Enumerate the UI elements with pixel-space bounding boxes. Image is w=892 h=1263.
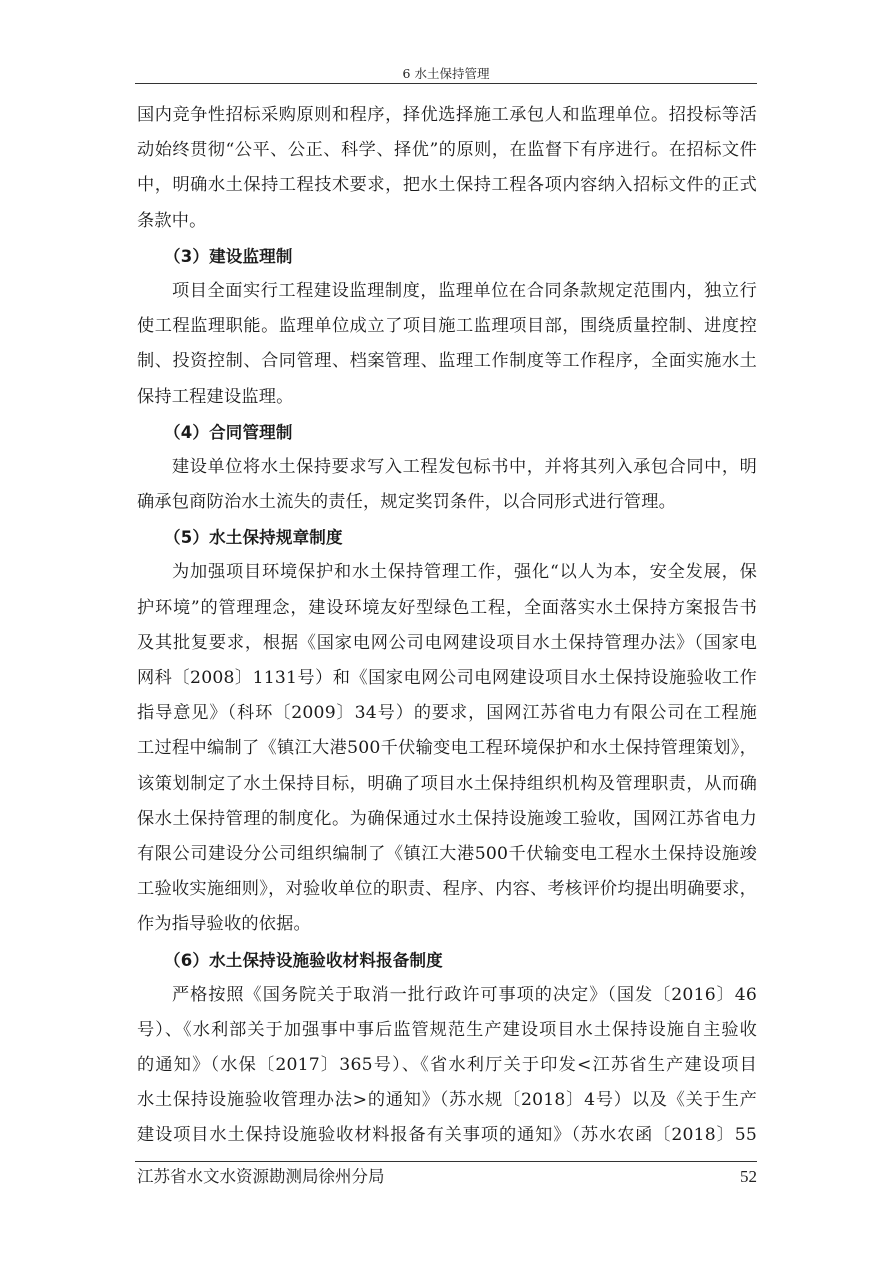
running-header: 6 水土保持管理 (135, 64, 757, 84)
paragraph-first-line: 为加强项目环境保护和水土保持管理工作，强化“以人为本，安全发展，保 (137, 555, 757, 590)
text-line: 工验收实施细则》，对验收单位的职责、程序、内容、考核评价均提出明确要求， (137, 872, 757, 907)
text-line: 工过程中编制了《镇江大港500千伏输变电工程环境保护和水土保持管理策划》， (137, 731, 757, 766)
text-line: 保水土保持管理的制度化。为确保通过水土保持设施竣工验收，国网江苏省电力 (137, 802, 757, 837)
text-line: 动始终贯彻“公平、公正、科学、择优”的原则，在监督下有序进行。在招标文件 (137, 133, 757, 168)
text-line: 的通知》（水保〔2017〕365号）、《省水利厅关于印发<江苏省生产建设项目 (137, 1048, 757, 1083)
organization-name: 江苏省水文水资源勘测局徐州分局 (137, 1162, 385, 1192)
section-heading: （5）水土保持规章制度 (137, 520, 757, 555)
text-line: 指导意见》（科环〔2009〕34号）的要求，国网江苏省电力有限公司在工程施 (137, 696, 757, 731)
text-line: 号）、《水利部关于加强事中事后监管规范生产建设项目水土保持设施自主验收 (137, 1013, 757, 1048)
text-line: 有限公司建设分公司组织编制了《镇江大港500千伏输变电工程水土保持设施竣 (137, 837, 757, 872)
section-heading: （3）建设监理制 (137, 239, 757, 274)
section-heading: （4）合同管理制 (137, 415, 757, 450)
paragraph-last-line: 保持工程建设监理。 (137, 380, 757, 415)
text-line: 网科〔2008〕1131号）和《国家电网公司电网建设项目水土保持设施验收工作 (137, 661, 757, 696)
text-line: 国内竞争性招标采购原则和程序，择优选择施工承包人和监理单位。招投标等活 (137, 98, 757, 133)
paragraph-last-line: 条款中。 (137, 204, 757, 239)
text-line: 建设项目水土保持设施验收材料报备有关事项的通知》（苏水农函〔2018〕55 (137, 1118, 757, 1153)
text-line: 护环境”的管理理念，建设环境友好型绿色工程，全面落实水土保持方案报告书 (137, 591, 757, 626)
paragraph-first-line: 项目全面实行工程建设监理制度，监理单位在合同条款规定范围内，独立行 (137, 274, 757, 309)
text-line: 该策划制定了水土保持目标，明确了项目水土保持组织机构及管理职责，从而确 (137, 767, 757, 802)
paragraph-last-line: 确承包商防治水土流失的责任，规定奖罚条件，以合同形式进行管理。 (137, 485, 757, 520)
text-line: 及其批复要求，根据《国家电网公司电网建设项目水土保持管理办法》（国家电 (137, 626, 757, 661)
text-line: 水土保持设施验收管理办法>的通知》（苏水规〔2018〕4号）以及《关于生产 (137, 1083, 757, 1118)
paragraph-first-line: 建设单位将水土保持要求写入工程发包标书中，并将其列入承包合同中，明 (137, 450, 757, 485)
text-line: 中，明确水土保持工程技术要求，把水土保持工程各项内容纳入招标文件的正式 (137, 168, 757, 203)
chapter-title: 6 水土保持管理 (403, 66, 490, 81)
paragraph-first-line: 严格按照《国务院关于取消一批行政许可事项的决定》（国发〔2016〕46 (137, 978, 757, 1013)
running-footer: 江苏省水文水资源勘测局徐州分局 52 (135, 1161, 757, 1192)
text-line: 使工程监理职能。监理单位成立了项目施工监理项目部，围绕质量控制、进度控 (137, 309, 757, 344)
page-number: 52 (740, 1162, 757, 1192)
section-heading: （6）水土保持设施验收材料报备制度 (137, 943, 757, 978)
text-line: 制、投资控制、合同管理、档案管理、监理工作制度等工作程序，全面实施水土 (137, 344, 757, 379)
paragraph-last-line: 作为指导验收的依据。 (137, 907, 757, 942)
body-text: 国内竞争性招标采购原则和程序，择优选择施工承包人和监理单位。招投标等活动始终贯彻… (137, 98, 757, 1154)
